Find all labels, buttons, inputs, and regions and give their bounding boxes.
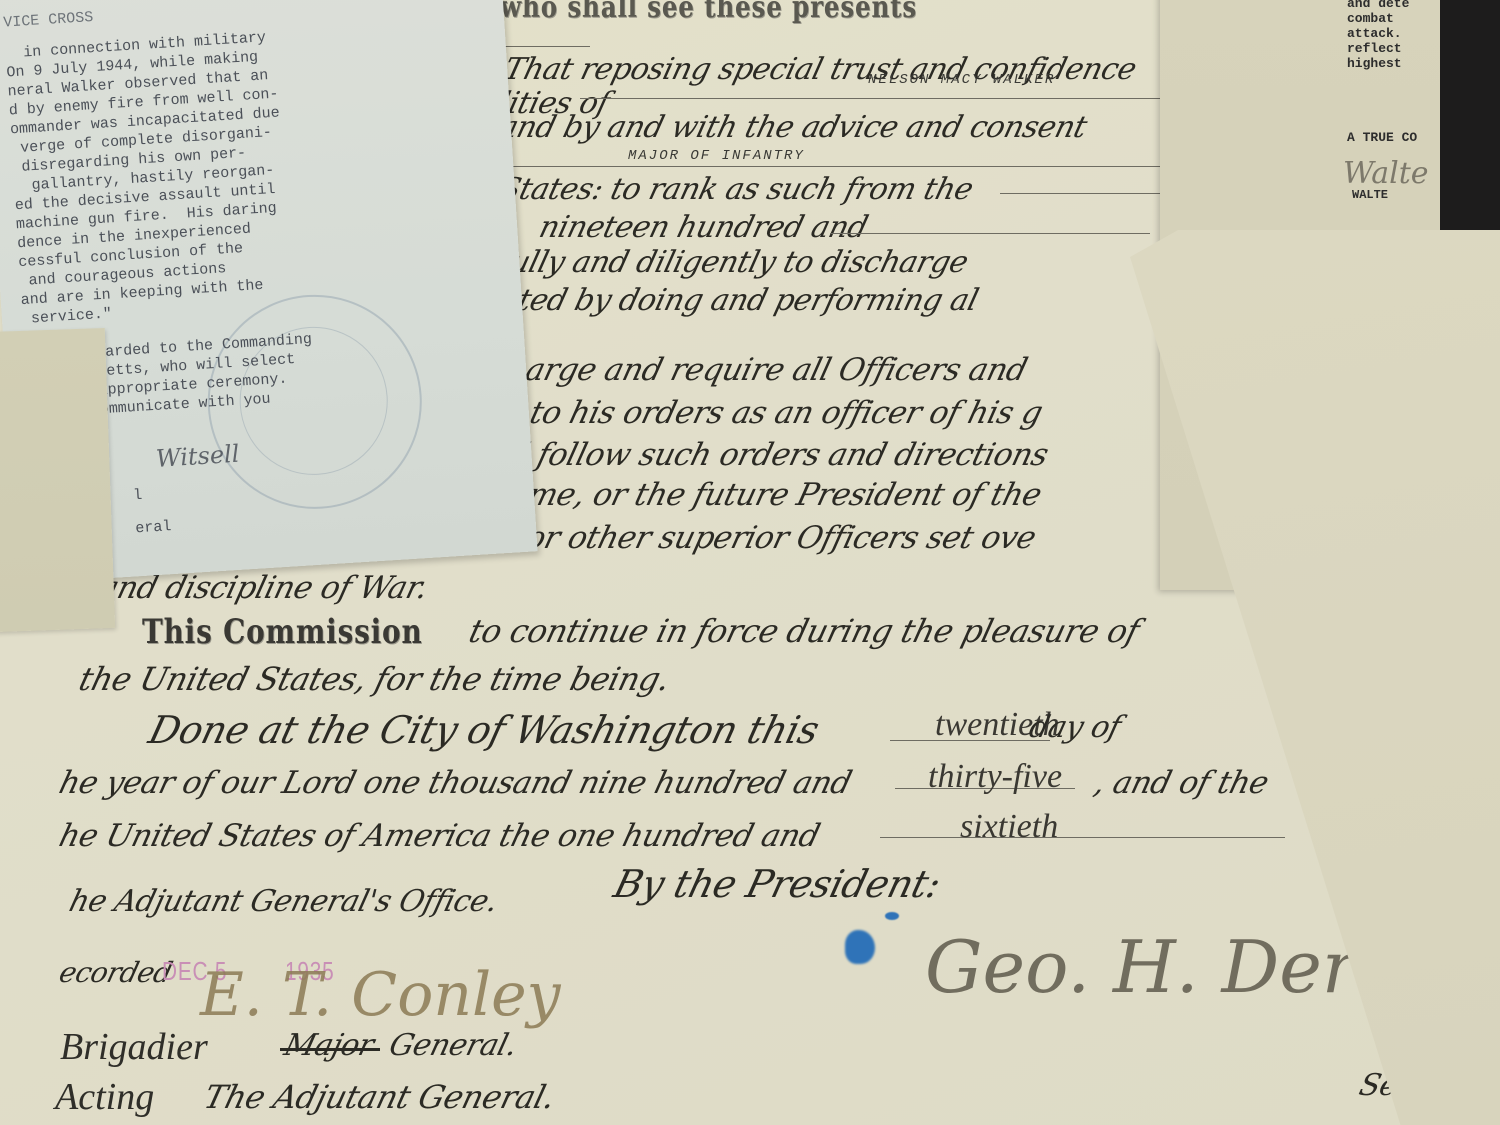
- rank-struck-major: Major: [281, 1028, 378, 1063]
- commissioned-rank: MAJOR OF INFANTRY: [628, 148, 805, 164]
- line-discharge: fully and diligently to discharge: [496, 245, 972, 280]
- true-copy-line: highest: [1347, 56, 1402, 71]
- year-value: thirty-five: [928, 758, 1062, 796]
- line-doing-performing: nted by doing and performing al: [496, 283, 982, 318]
- line-his-orders: nt to his orders as an officer of his g: [486, 395, 1047, 431]
- line-nineteen-hundred: nineteen hundred and: [536, 210, 872, 245]
- letter-title-fragment: l: [133, 486, 143, 506]
- letter-heading-vice-cross: VICE CROSS: [3, 8, 94, 33]
- tan-paper-sheet: [0, 328, 115, 632]
- true-copy-line: and dete: [1347, 0, 1409, 11]
- rank-brigadier: Brigadier: [60, 1025, 208, 1069]
- true-copy-line: attack.: [1347, 26, 1402, 41]
- line-superior-officers: al or other superior Officers set ove: [486, 520, 1040, 556]
- independence-year-value: sixtieth: [960, 808, 1058, 846]
- true-copy-label: A TRUE CO: [1347, 128, 1417, 147]
- ink-blot: [845, 930, 875, 964]
- adjutant-generals-office: he Adjutant General's Office.: [66, 884, 501, 919]
- rank-general: General.: [386, 1028, 521, 1063]
- certificate-header-fragment: who shall see these presents: [500, 0, 917, 25]
- true-copy-line: reflect: [1347, 41, 1402, 56]
- the-adjutant-general: The Adjutant General.: [200, 1078, 559, 1116]
- witsell-signature: Witsell: [155, 440, 240, 473]
- commissioned-name: NELSON MACY WALKER: [868, 72, 1055, 88]
- acting-label: Acting: [55, 1075, 154, 1119]
- line-and-of-the: , and of the: [1091, 765, 1273, 801]
- secretary-signature: Geo. H. Dern: [925, 925, 1403, 1009]
- line-charge-require: charge and require all Officers and: [486, 352, 1031, 388]
- adjutant-signature: E. T. Conley: [200, 960, 561, 1030]
- recorded-label: ecorded: [56, 956, 176, 989]
- this-commission-heading: This Commission: [142, 612, 423, 652]
- line-continue-in-force: to continue in force during the pleasure…: [465, 612, 1143, 650]
- line-year-of-our-lord: he year of our Lord one thousand nine hu…: [56, 765, 856, 801]
- line-advice-consent: and by and with the advice and consent: [496, 110, 1091, 145]
- true-copy-line: combat: [1347, 11, 1394, 26]
- true-copy-typed-name: WALTE: [1352, 186, 1388, 205]
- strikethrough-line: [280, 1048, 380, 1051]
- line-to-rank: States: to rank as such from the: [496, 172, 977, 207]
- line-one-hundred-and: he United States of America the one hund…: [56, 818, 824, 854]
- line-day-of: day of: [1026, 710, 1124, 745]
- line-done-at-washington: Done at the City of Washington this: [145, 708, 824, 752]
- ink-blot: [885, 912, 899, 920]
- letter-line: s awar: [1, 0, 56, 2]
- line-follow-orders: nd follow such orders and directions: [486, 437, 1052, 473]
- by-the-president: By the President:: [610, 862, 946, 906]
- line-future-president: m me, or the future President of the: [486, 477, 1046, 513]
- line-united-states-time: the United States, for the time being.: [75, 660, 673, 698]
- letter-title-fragment: eral: [135, 517, 172, 538]
